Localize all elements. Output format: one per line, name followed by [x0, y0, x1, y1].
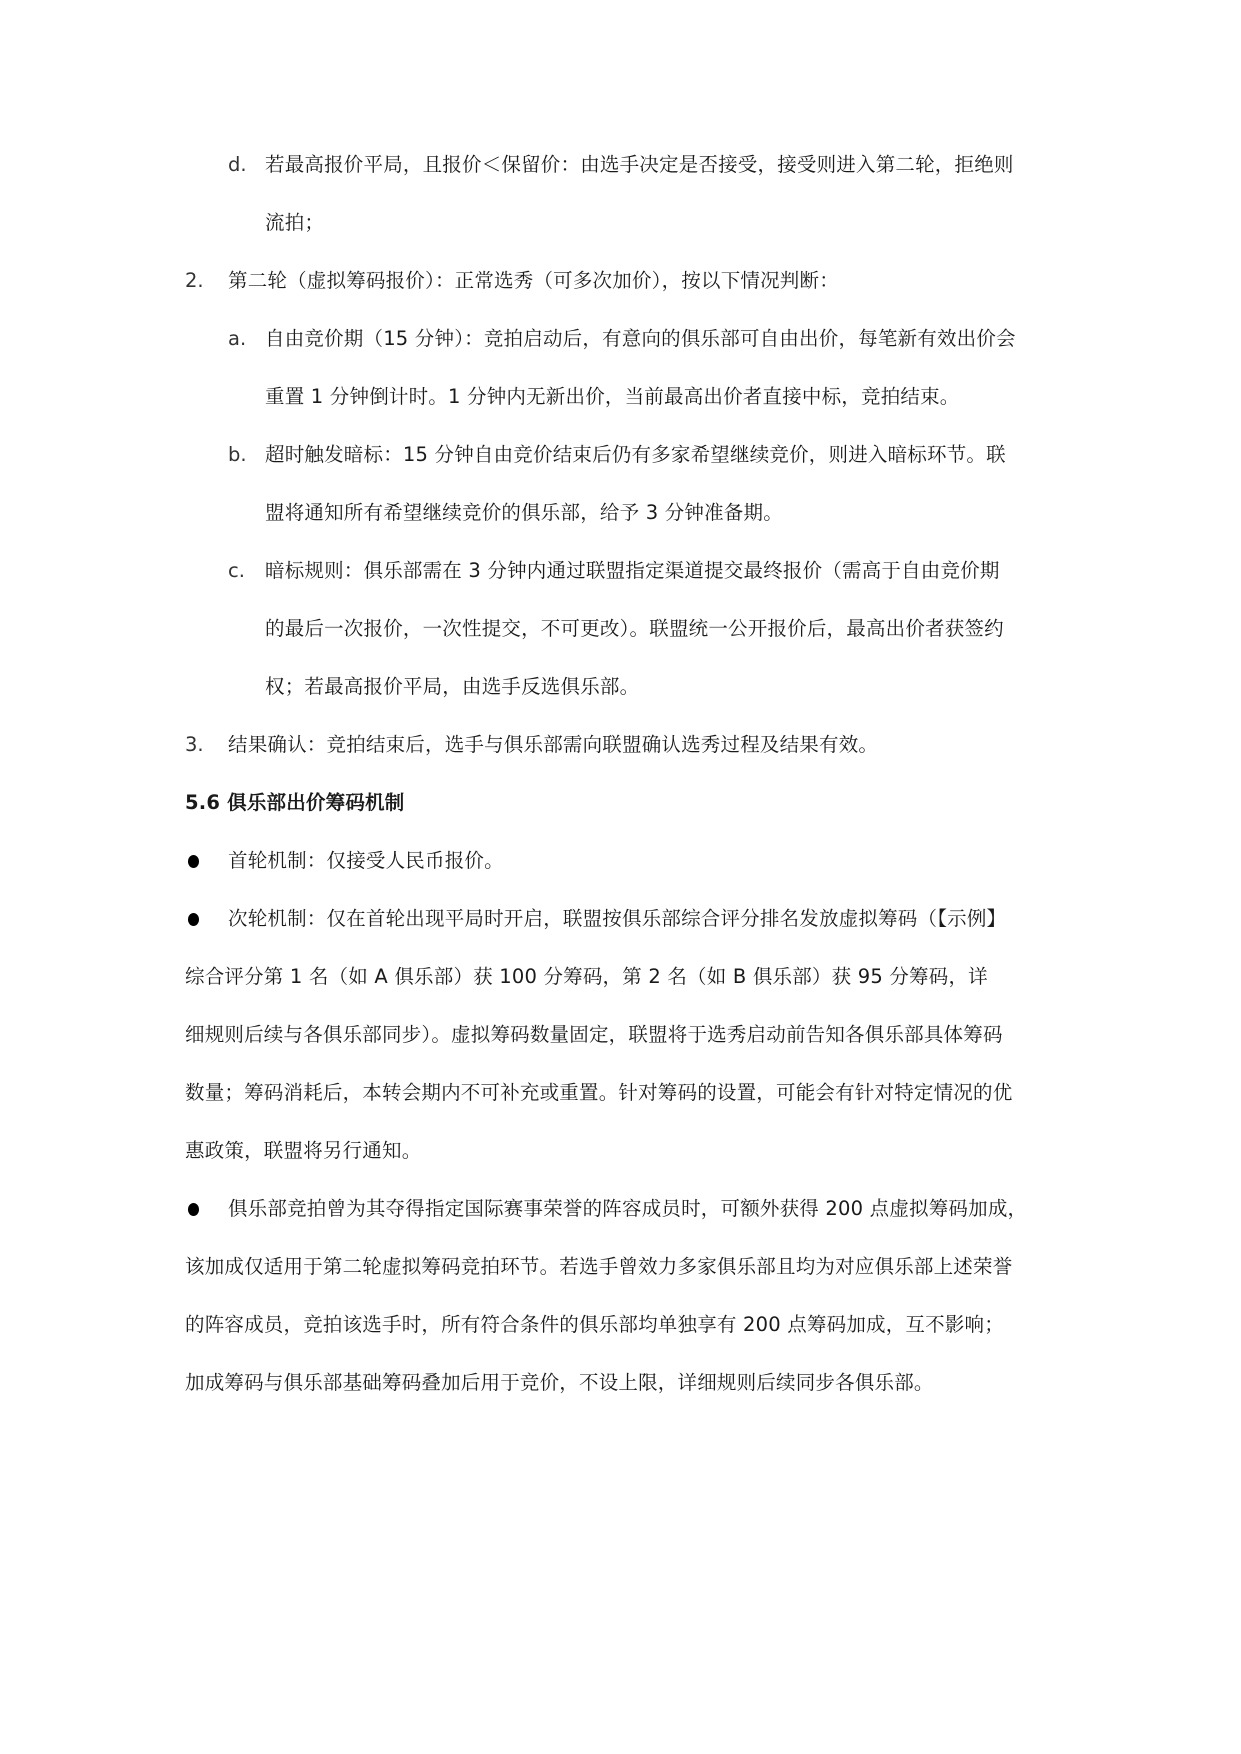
item-2b-line-2: 盟将通知所有希望继续竞价的俱乐部，给予 3 分钟准备期。 — [265, 500, 783, 526]
bullet-icon — [188, 1203, 199, 1216]
bullet-3-line-1: 俱乐部竞拍曾为其夺得指定国际赛事荣誉的阵容成员时，可额外获得 200 点虚拟筹码… — [228, 1196, 1027, 1222]
bullet-2-line-5: 惠政策，联盟将另行通知。 — [185, 1138, 421, 1164]
item-3-line-1: 结果确认：竞拍结束后，选手与俱乐部需向联盟确认选秀过程及结果有效。 — [228, 732, 878, 758]
bullet-3-line-4: 加成筹码与俱乐部基础筹码叠加后用于竞价，不设上限，详细规则后续同步各俱乐部。 — [185, 1370, 934, 1396]
item-d-line-2: 流拍； — [265, 210, 324, 236]
item-2b-line-1: 超时触发暗标：15 分钟自由竞价结束后仍有多家希望继续竞价，则进入暗标环节。联 — [265, 442, 1006, 468]
item-2c-line-1: 暗标规则：俱乐部需在 3 分钟内通过联盟指定渠道提交最终报价（需高于自由竞价期 — [265, 558, 1000, 584]
item-2c-line-3: 权；若最高报价平局，由选手反选俱乐部。 — [265, 674, 639, 700]
list-marker-b: b. — [228, 442, 247, 468]
item-2a-line-1: 自由竞价期（15 分钟）：竞拍启动后，有意向的俱乐部可自由出价，每笔新有效出价会 — [265, 326, 1016, 352]
bullet-2-line-4: 数量；筹码消耗后，本转会期内不可补充或重置。针对筹码的设置，可能会有针对特定情况… — [185, 1080, 1012, 1106]
list-marker-3: 3. — [185, 732, 204, 758]
item-2c-line-2: 的最后一次报价，一次性提交，不可更改）。联盟统一公开报价后，最高出价者获签约 — [265, 616, 1004, 642]
item-2-line-1: 第二轮（虚拟筹码报价）：正常选秀（可多次加价），按以下情况判断： — [228, 268, 839, 294]
bullet-1-line-1: 首轮机制：仅接受人民币报价。 — [228, 848, 504, 874]
bullet-3-line-3: 的阵容成员，竞拍该选手时，所有符合条件的俱乐部均单独享有 200 点筹码加成，互… — [185, 1312, 1004, 1338]
item-d-line-1: 若最高报价平局，且报价＜保留价：由选手决定是否接受，接受则进入第二轮，拒绝则 — [265, 152, 1014, 178]
bullet-3-line-2: 该加成仅适用于第二轮虚拟筹码竞拍环节。若选手曾效力多家俱乐部且均为对应俱乐部上述… — [185, 1254, 1012, 1280]
list-marker-d: d. — [228, 152, 247, 178]
bullet-2-line-3: 细规则后续与各俱乐部同步）。虚拟筹码数量固定，联盟将于选秀启动前告知各俱乐部具体… — [185, 1022, 1003, 1048]
list-marker-a: a. — [228, 326, 246, 352]
section-heading: 5.6 俱乐部出价筹码机制 — [185, 790, 404, 816]
bullet-icon — [188, 913, 199, 926]
list-marker-c: c. — [228, 558, 245, 584]
bullet-2-line-2: 综合评分第 1 名（如 A 俱乐部）获 100 分筹码，第 2 名（如 B 俱乐… — [185, 964, 988, 990]
list-marker-2: 2. — [185, 268, 204, 294]
item-2a-line-2: 重置 1 分钟倒计时。1 分钟内无新出价，当前最高出价者直接中标，竞拍结束。 — [265, 384, 960, 410]
bullet-2-line-1: 次轮机制：仅在首轮出现平局时开启，联盟按俱乐部综合评分排名发放虚拟筹码（【示例】 — [228, 906, 1006, 932]
document-page: d. 若最高报价平局，且报价＜保留价：由选手决定是否接受，接受则进入第二轮，拒绝… — [0, 0, 1241, 1754]
bullet-icon — [188, 855, 199, 868]
